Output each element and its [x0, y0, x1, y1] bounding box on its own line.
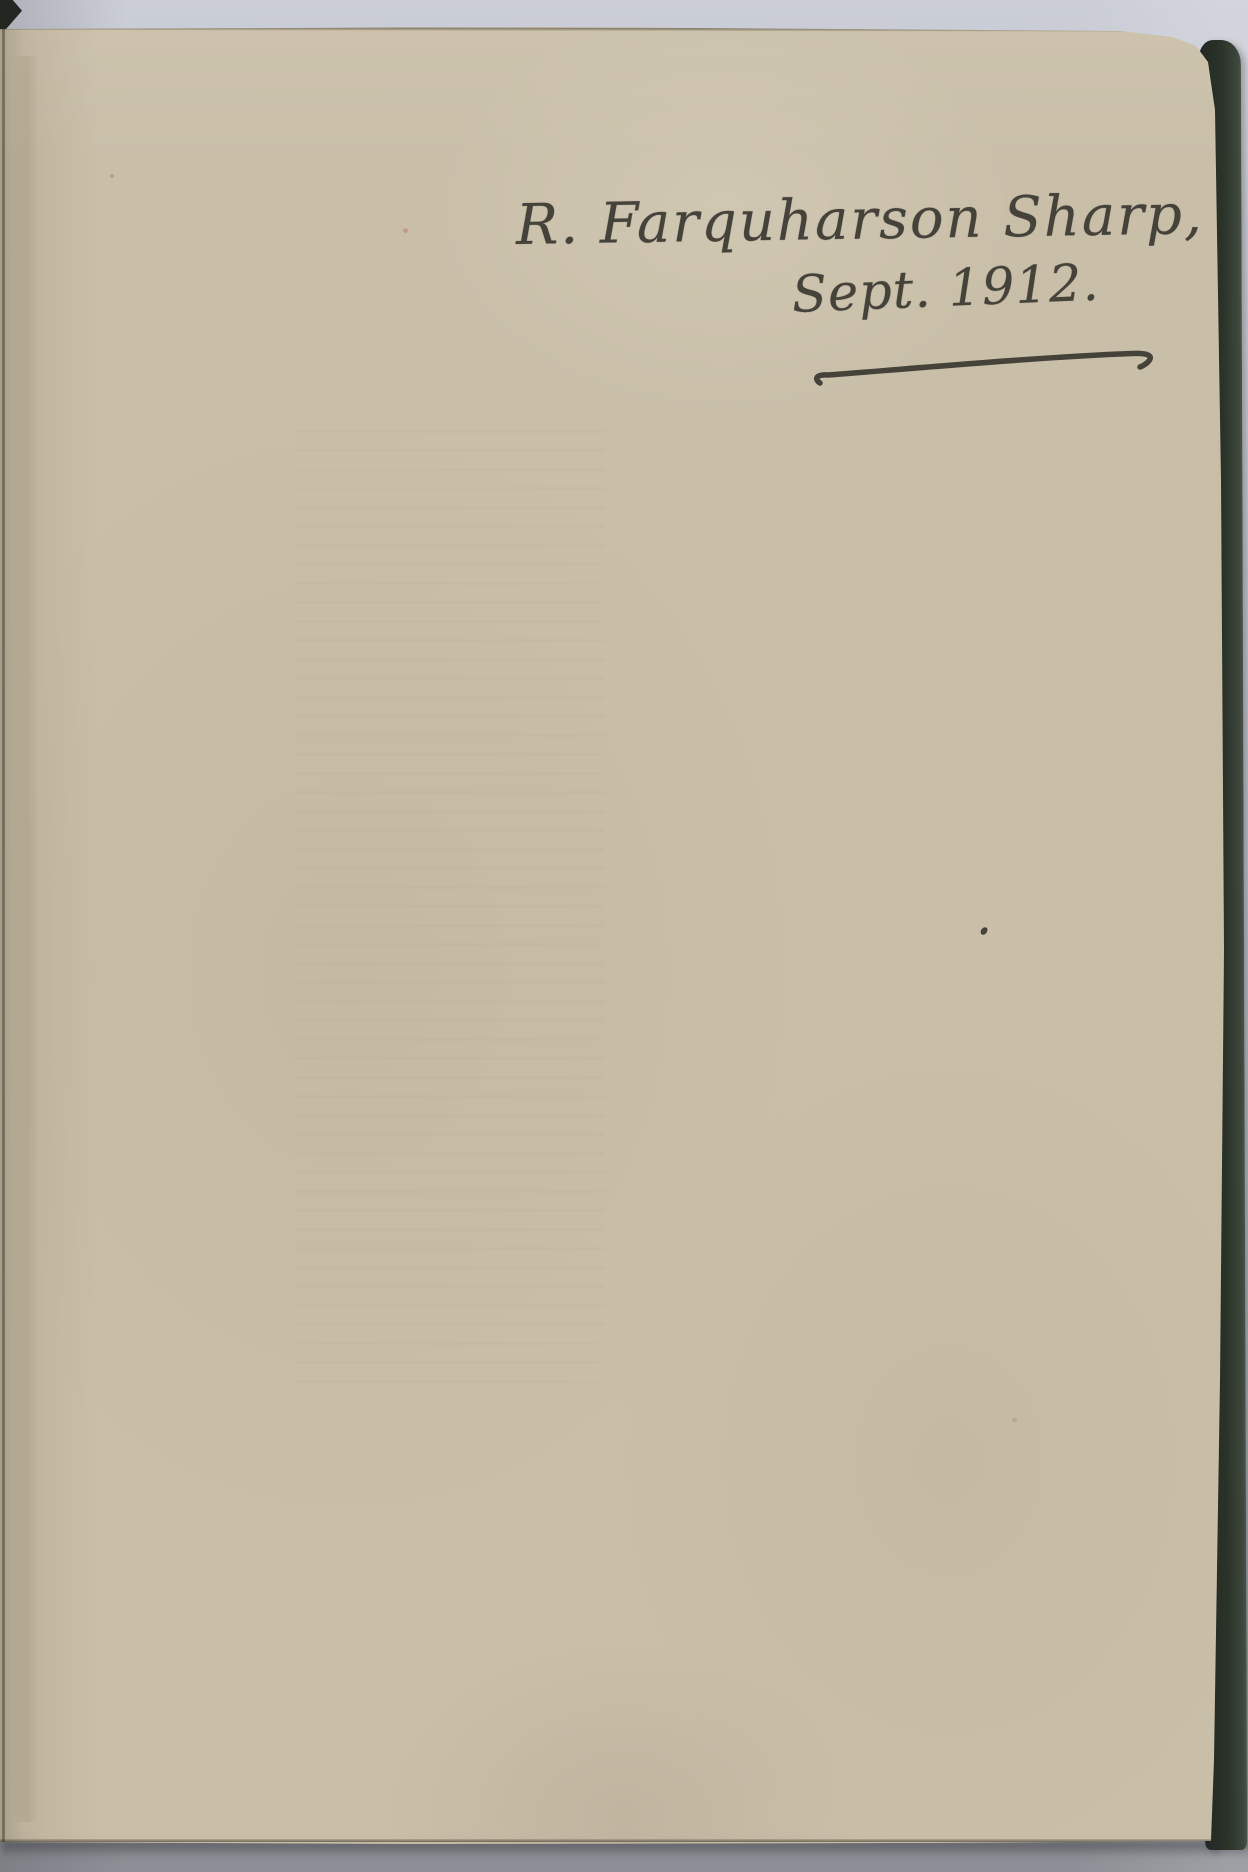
- page-bottom-edge: [0, 1839, 1213, 1842]
- foxing-speck: [1012, 1418, 1017, 1422]
- underline-flourish: [810, 346, 1160, 392]
- book-photo-scene: R. Farquharson Sharp, Sept. 1912.: [0, 0, 1248, 1872]
- inscription-owner-name: R. Farquharson Sharp,: [516, 187, 1204, 254]
- ink-speck: [980, 926, 989, 936]
- inscription-date: Sept. 1912.: [791, 258, 1100, 321]
- print-showthrough: [295, 430, 605, 1390]
- book-endpaper-page: R. Farquharson Sharp, Sept. 1912.: [0, 0, 1248, 1872]
- ownership-inscription: R. Farquharson Sharp, Sept. 1912.: [0, 0, 1248, 440]
